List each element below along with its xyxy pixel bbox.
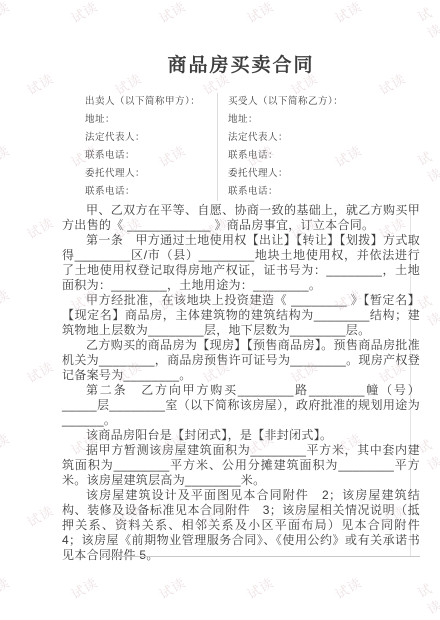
buyer-info-column: 买受人（以下简称乙方）：地址：法定代表人：联系电话：委托代理人：联系电话： — [217, 93, 420, 201]
party-info-row: 地址： — [85, 111, 217, 129]
contract-content: 商品房买卖合同 出卖人（以下简称甲方）：地址：法定代表人：联系电话：委托代理人：… — [0, 0, 440, 563]
contract-paragraph: 第一条 甲方通过土地使用权【出让】【转让】【划拨】方式取得________区/市… — [62, 233, 420, 293]
party-info-row: 联系电话： — [228, 183, 420, 201]
contract-paragraph: 第二条 乙方向甲方购买________路________幢（号）_____层__… — [62, 383, 420, 428]
party-info-row: 委托代理人： — [85, 165, 217, 183]
trailing-blank-line — [100, 556, 420, 557]
contract-paragraph: 甲、乙双方在平等、自愿、协商一致的基础上，就乙方购买甲方出售的《 _______… — [62, 203, 420, 233]
watermark-text: 试读 — [155, 572, 189, 602]
page-title: 商品房买卖合同 — [62, 55, 420, 77]
contract-page: 试读试读试读试读试读试读试读试读试读试读试读试读试读试读试读试读试读试读试读试读… — [0, 0, 440, 620]
watermark-text: 试读 — [243, 572, 277, 602]
party-info-row: 联系电话： — [85, 147, 217, 165]
contract-paragraph: 该房屋建筑设计及平面图见本合同附件 2；该房屋建筑结构、装修及设备标准见本合同附… — [62, 488, 420, 563]
party-info-row: 委托代理人： — [228, 165, 420, 183]
party-table: 出卖人（以下简称甲方）：地址：法定代表人：联系电话：委托代理人：联系电话： 买受… — [78, 93, 420, 201]
party-info-row: 买受人（以下简称乙方）： — [228, 93, 420, 111]
party-info-row: 法定代表人： — [228, 129, 420, 147]
contract-paragraph: 甲方经批准，在该地块上投资建造《 ________ 》【暂定名】【现定名】商品房… — [62, 293, 420, 338]
party-info-row: 联系电话： — [85, 183, 217, 201]
contract-paragraph: 乙方购买的商品房为【现房】【预售商品房】。预售商品房批准机关为________，… — [62, 338, 420, 383]
watermark-text: 试读 — [0, 572, 13, 602]
party-info-row: 联系电话： — [228, 147, 420, 165]
party-info-row: 法定代表人： — [85, 129, 217, 147]
watermark-text: 试读 — [67, 572, 101, 602]
party-info-row: 地址： — [228, 111, 420, 129]
contract-body: 甲、乙双方在平等、自愿、协商一致的基础上，就乙方购买甲方出售的《 _______… — [62, 203, 420, 563]
watermark-text: 试读 — [414, 576, 440, 618]
contract-paragraph: 据甲方暂测该房屋建筑面积为________平方米，其中套内建筑面积为______… — [62, 443, 420, 488]
seller-info-column: 出卖人（以下简称甲方）：地址：法定代表人：联系电话：委托代理人：联系电话： — [78, 93, 217, 201]
watermark-text: 试读 — [331, 572, 365, 602]
party-info-row: 出卖人（以下简称甲方）： — [85, 93, 217, 111]
contract-paragraph: 该商品房阳台是【封闭式】，是【非封闭式】。 — [62, 428, 420, 443]
